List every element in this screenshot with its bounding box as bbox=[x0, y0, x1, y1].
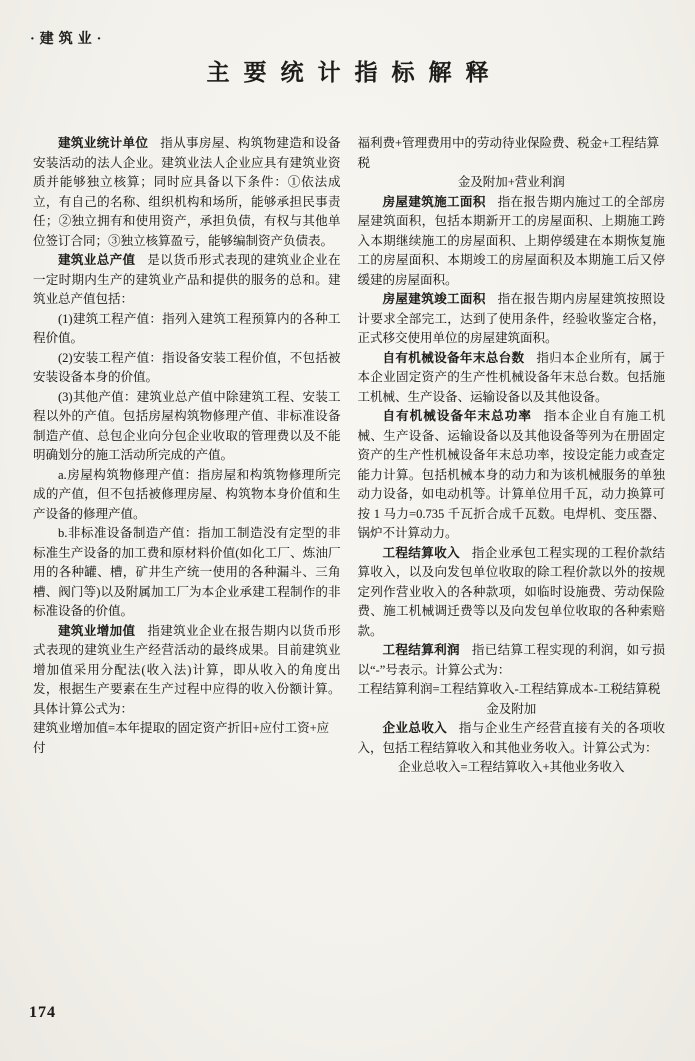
indicator-term: 建筑业增加值 bbox=[58, 624, 135, 638]
indicator-term: 自有机械设备年末总功率 bbox=[383, 409, 532, 423]
definition-paragraph: 房屋建筑竣工面积指在报告期内房屋建筑按照设计要求全部完工，达到了使用条件，经验收… bbox=[358, 290, 666, 349]
definition-paragraph: 建筑业统计单位指从事房屋、构筑物建造和设备安装活动的法人企业。建筑业法人企业应具… bbox=[33, 134, 341, 251]
page-number: 174 bbox=[29, 1004, 56, 1022]
indicator-definition: 指本企业自有施工机械、生产设备、运输设备以及其他设备等列为在册固定资产的生产性机… bbox=[358, 409, 666, 540]
indicator-term: 房屋建筑竣工面积 bbox=[383, 292, 486, 306]
left-column: 建筑业统计单位指从事房屋、构筑物建造和设备安装活动的法人企业。建筑业法人企业应具… bbox=[33, 134, 341, 778]
definition-paragraph: 自有机械设备年末总功率指本企业自有施工机械、生产设备、运输设备以及其他设备等列为… bbox=[358, 407, 666, 544]
formula-continuation-line: 福利费+管理费用中的劳动待业保险费、税金+工程结算税 bbox=[358, 134, 666, 173]
indicator-definition: 指从事房屋、构筑物建造和设备安装活动的法人企业。建筑业法人企业应具有建筑业资质并… bbox=[33, 136, 341, 248]
list-item-paragraph: (3)其他产值：建筑业总产值中除建筑工程、安装工程以外的产值。包括房屋构筑物修理… bbox=[33, 388, 341, 466]
page-title: 主要统计指标解释 bbox=[0, 54, 695, 87]
definition-paragraph: 工程结算利润指已结算工程实现的利润，如亏损以“-”号表示。计算公式为： bbox=[358, 641, 666, 680]
right-column: 福利费+管理费用中的劳动待业保险费、税金+工程结算税 金及附加+营业利润 房屋建… bbox=[358, 134, 666, 778]
definition-paragraph: 企业总收入指与企业生产经营直接有关的各项收入，包括工程结算收入和其他业务收入。计… bbox=[358, 719, 666, 758]
indicator-term: 自有机械设备年末总台数 bbox=[383, 351, 525, 365]
indicator-term: 工程结算利润 bbox=[383, 643, 460, 657]
definition-paragraph: 房屋建筑施工面积指在报告期内施过工的全部房屋建筑面积，包括本期新开工的房屋面积、… bbox=[358, 193, 666, 291]
indicator-term: 企业总收入 bbox=[383, 721, 448, 735]
definition-paragraph: 建筑业增加值指建筑业企业在报告期内以货币形式表现的建筑业生产经营活动的最终成果。… bbox=[33, 622, 341, 720]
definition-paragraph: 建筑业总产值是以货币形式表现的建筑业企业在一定时期内生产的建筑业产品和提供的服务… bbox=[33, 251, 341, 310]
sub-item-paragraph: b.非标准设备制造产值：指加工制造没有定型的非标准生产设备的加工费和原材料价值(… bbox=[33, 524, 341, 622]
list-item-paragraph: (2)安装工程产值：指设备安装工程价值，不包括被安装设备本身的价值。 bbox=[33, 349, 341, 388]
indicator-term: 房屋建筑施工面积 bbox=[383, 195, 486, 209]
indicator-term: 建筑业总产值 bbox=[58, 253, 135, 267]
formula-line: 企业总收入=工程结算收入+其他业务收入 bbox=[358, 758, 666, 778]
definition-paragraph: 自有机械设备年末总台数指归本企业所有，属于本企业固定资产的生产性机械设备年末总台… bbox=[358, 349, 666, 408]
two-column-text-area: 建筑业统计单位指从事房屋、构筑物建造和设备安装活动的法人企业。建筑业法人企业应具… bbox=[33, 134, 665, 778]
sub-item-paragraph: a.房屋构筑物修理产值：指房屋和构筑物修理所完成的产值，但不包括被修理房屋、构筑… bbox=[33, 466, 341, 525]
formula-line: 建筑业增加值=本年提取的固定资产折旧+应付工资+应付 bbox=[33, 719, 341, 758]
formula-continuation-line: 金及附加+营业利润 bbox=[358, 173, 666, 193]
indicator-term: 工程结算收入 bbox=[383, 546, 460, 560]
formula-line: 工程结算利润=工程结算收入-工程结算成本-工税结算税 bbox=[358, 680, 666, 700]
formula-line: 金及附加 bbox=[358, 700, 666, 720]
indicator-term: 建筑业统计单位 bbox=[58, 136, 148, 150]
list-item-paragraph: (1)建筑工程产值：指列入建筑工程预算内的各种工程价值。 bbox=[33, 310, 341, 349]
chapter-section-label: ·建筑业· bbox=[30, 28, 106, 48]
definition-paragraph: 工程结算收入指企业承包工程实现的工程价款结算收入，以及向发包单位收取的除工程价款… bbox=[358, 544, 666, 642]
scanned-document-page: ·建筑业· 主要统计指标解释 建筑业统计单位指从事房屋、构筑物建造和设备安装活动… bbox=[0, 0, 695, 1061]
